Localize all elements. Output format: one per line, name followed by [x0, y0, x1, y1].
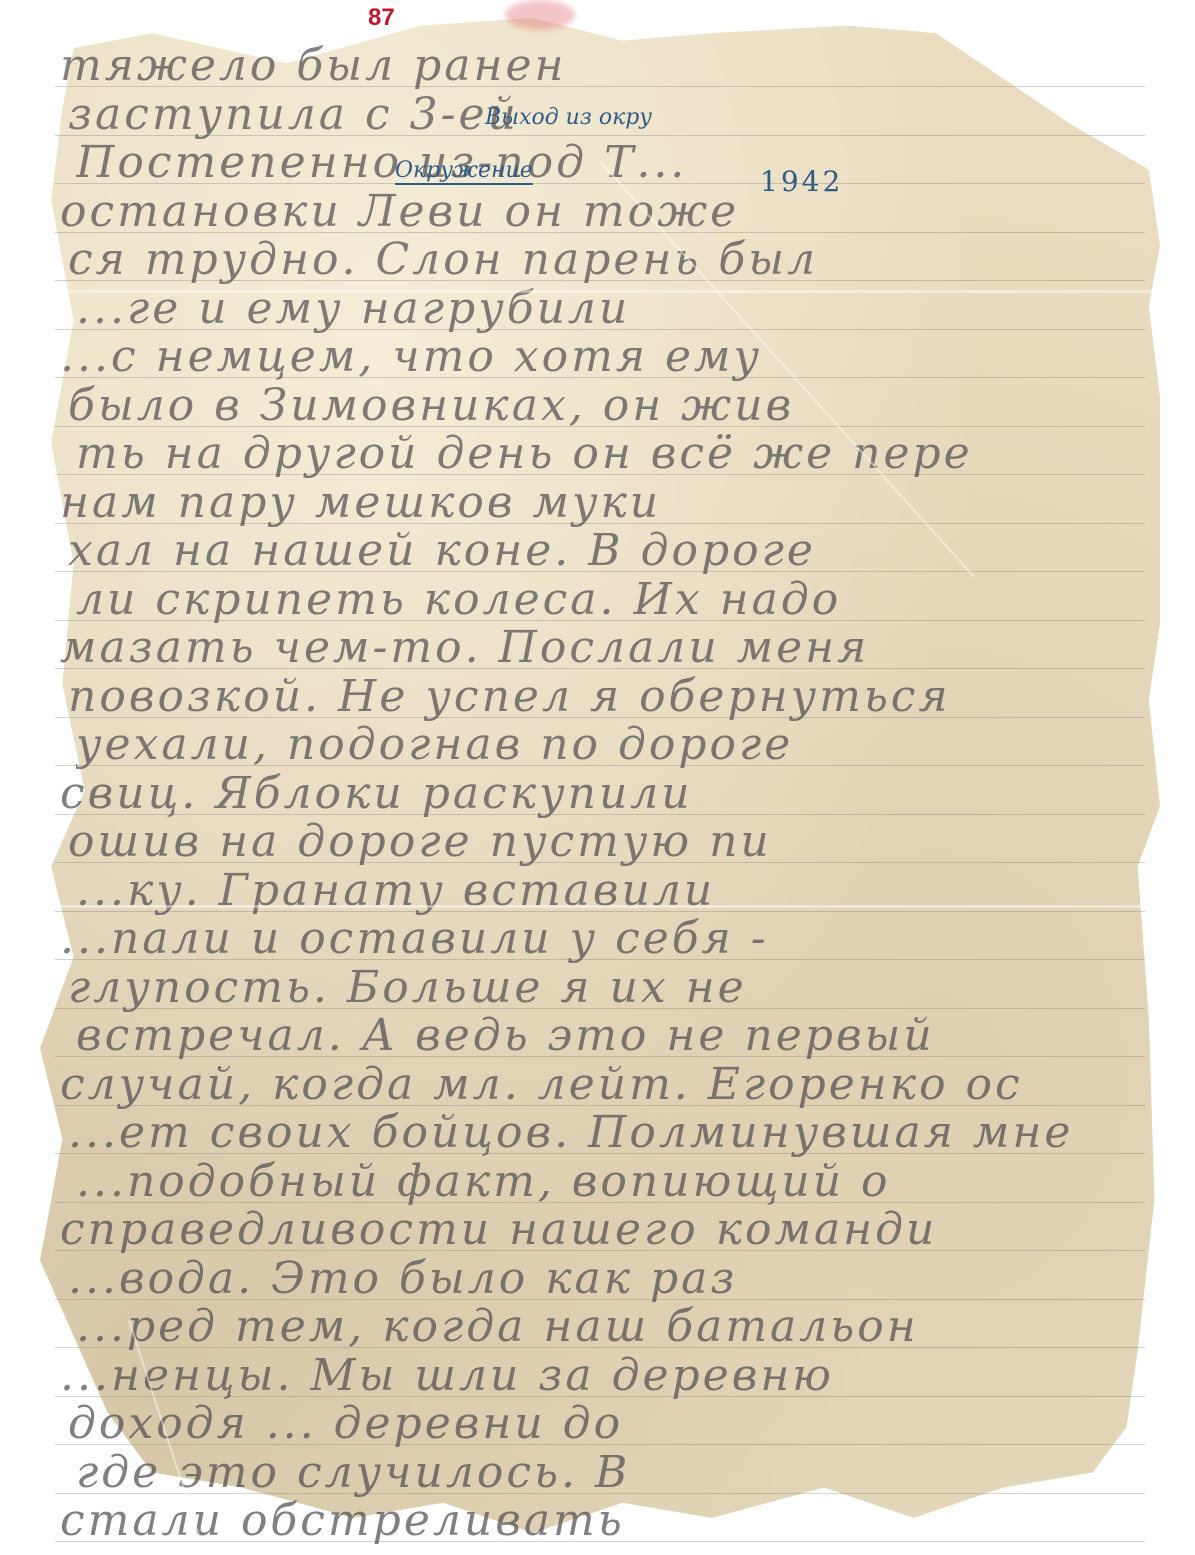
handwritten-line: ся трудно. Слон парень был [68, 234, 1148, 285]
handwritten-line: случай, когда мл. лейт. Егоренко ос [60, 1059, 1140, 1110]
ink-stain [505, 0, 575, 30]
handwritten-line: уехали, подогнав по дороге [76, 719, 1156, 770]
handwritten-line: ...пали и оставили у себя - [60, 913, 1140, 964]
handwritten-line: ...ненцы. Мы шли за деревню [60, 1350, 1140, 1401]
handwritten-line: остановки Леви он тоже [60, 186, 1140, 237]
handwritten-line: встречал. А ведь это не первый [76, 1010, 1156, 1061]
handwritten-line: доходя ... деревни до [68, 1398, 1148, 1449]
annotation-subtitle: Окружение [395, 158, 533, 185]
handwritten-line: ...ред тем, когда наш батальон [76, 1301, 1156, 1352]
fold-crease [60, 905, 1160, 908]
handwritten-line: ошив на дороге пустую пи [68, 816, 1148, 867]
archive-number: 87 [368, 4, 395, 32]
handwritten-line: мазать чем-то. Послали меня [60, 622, 1140, 673]
handwritten-line: тяжело был ранен [60, 40, 1140, 91]
handwritten-line: глупость. Больше я их не [68, 962, 1148, 1013]
handwritten-line: свиц. Яблоки раскупили [60, 768, 1140, 819]
handwritten-line: ...вода. Это было как раз [68, 1253, 1148, 1304]
handwritten-line: хал на нашей коне. В дороге [68, 525, 1148, 576]
handwritten-line: ...с немцем, что хотя ему [60, 331, 1140, 382]
handwritten-line: ...подобный факт, вопиющий о [76, 1156, 1156, 1207]
annotation-year: 1942 [760, 165, 843, 198]
handwritten-line: ...ет своих бойцов. Полминувшая мне [68, 1107, 1148, 1158]
handwritten-line: было в Зимовниках, он жив [68, 380, 1148, 431]
handwritten-line: стали обстреливать [60, 1495, 1140, 1546]
fold-crease [60, 290, 1160, 293]
handwritten-line: нам пару мешков муки [60, 477, 1140, 528]
handwritten-line: справедливости нашего команди [60, 1204, 1140, 1255]
handwritten-line: где это случилось. В [76, 1447, 1156, 1498]
handwritten-line: ли скрипеть колеса. Их надо [76, 574, 1156, 625]
annotation-title: Выход из окру [485, 105, 652, 130]
handwritten-line: ть на другой день он всё же пере [76, 428, 1156, 479]
handwritten-line: повозкой. Не успел я обернуться [68, 671, 1148, 722]
